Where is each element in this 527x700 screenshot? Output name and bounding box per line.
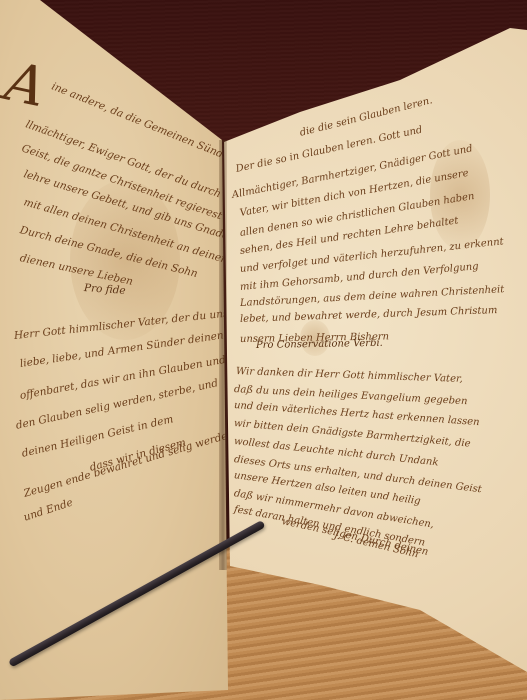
text-line: und Ende [22, 497, 74, 524]
manuscript-photo: A ine andere, da die Gemeinen Sünden llm… [0, 0, 527, 700]
text-line: lebet, und bewahret werde, durch Jesum C… [240, 305, 498, 325]
section-heading: Pro Conservatione Verbi. [256, 338, 383, 351]
decorated-initial: A [1, 55, 50, 116]
book-gutter [219, 140, 227, 570]
text-line: Zeugen ende bewahret und selig werden [22, 428, 235, 500]
text-line: Wir danken dir Herr Gott himmlischer Vat… [236, 366, 463, 385]
